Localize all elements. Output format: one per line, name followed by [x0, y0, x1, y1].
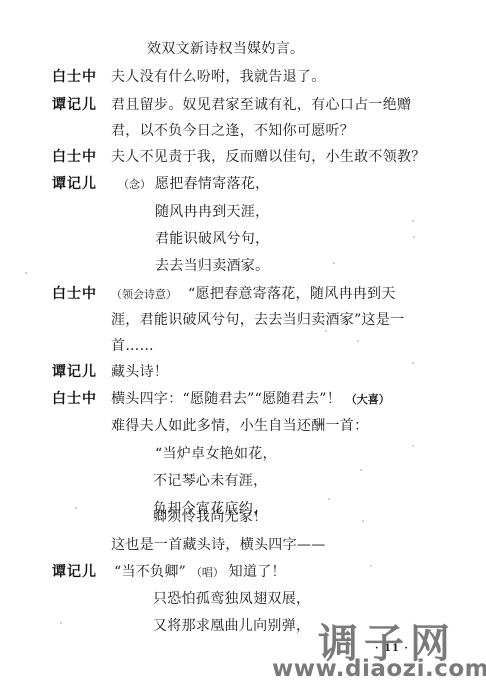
scan-speck — [75, 507, 77, 509]
dialogue-text: 难得夫人如此多情，小生自当还酬一首： — [111, 418, 368, 434]
speaker-name: 谭记儿 — [52, 363, 97, 381]
script-line: 君且留步。奴见君家至诚有礼，有心口占一绝赠 — [111, 96, 411, 114]
script-line: 君，以不负今日之逢，不知你可愿听？ — [111, 122, 354, 140]
poem-line: 去去当归卖酒家。 — [155, 258, 269, 274]
scan-speck — [25, 272, 27, 274]
dialogue-text: 涯，君能识破风兮句，去去当归卖酒家”这是一 — [111, 312, 404, 328]
scan-speck — [328, 498, 330, 500]
script-line: 君能识破风兮句， — [155, 230, 269, 248]
scan-speck — [357, 340, 359, 342]
script-line: 不记琴心未有涯， — [153, 472, 267, 490]
poem-line: 随风冉冉到天涯， — [155, 204, 269, 220]
speaker-name: 谭记儿 — [52, 563, 97, 581]
scan-speck — [333, 262, 335, 264]
script-line: 夫人不见责于我，反而赠以佳句，小生敢不领教？ — [111, 148, 426, 166]
dialogue-text: 首…… — [111, 338, 154, 354]
script-line: 效双文新诗权当媒妁言。 — [147, 40, 304, 58]
poem-line: “当炉卓女艳如花， — [155, 446, 277, 462]
script-line: 只恐怕孤鸾独凤翅双展， — [153, 590, 310, 608]
stage-direction: （领会诗意） — [111, 288, 177, 301]
script-line: 首…… — [111, 337, 154, 355]
scan-speck — [60, 622, 62, 624]
script-line: “当炉卓女艳如花， — [155, 445, 277, 463]
dialogue-text: 君且留步。奴见君家至诚有礼，有心口占一绝赠 — [111, 97, 411, 113]
watermark-url: www.diaozi.com — [272, 656, 486, 682]
speaker-name: 谭记儿 — [52, 175, 97, 193]
script-line: 难得夫人如此多情，小生自当还酬一首： — [111, 417, 368, 435]
speaker-name: 白士中 — [52, 390, 97, 408]
script-line: 藏头诗！ — [111, 363, 168, 381]
script-line: “愿把春意寄落花，随风冉冉到天 — [188, 285, 396, 303]
speaker-name: 白士中 — [52, 148, 97, 166]
scan-speck — [360, 469, 362, 471]
dialogue-text: 这也是一首藏头诗，横头四字—— — [111, 537, 326, 553]
script-line: 夫人没有什么吩咐，我就告退了。 — [111, 68, 326, 86]
sung-line: 又将那求凰曲儿向别弹， — [153, 618, 310, 634]
script-line: 随风冉冉到天涯， — [155, 203, 269, 221]
dialogue-text: 效双文新诗权当媒妁言。 — [147, 41, 304, 57]
speaker-name: 谭记儿 — [52, 96, 97, 114]
script-line: 涯，君能识破风兮句，去去当归卖酒家”这是一 — [111, 311, 404, 329]
scan-speck — [412, 445, 414, 447]
dialogue-text: 藏头诗！ — [111, 364, 168, 380]
scan-speck — [370, 565, 372, 567]
script-line: “当不负卿” （唱） 知道了！ — [114, 563, 286, 582]
dialogue-text: “当不负卿” — [114, 564, 186, 580]
dialogue-text: “愿把春意寄落花，随风冉冉到天 — [188, 286, 396, 302]
poem-line: 卿须怜我尚无家！ — [153, 509, 267, 525]
poem-line: 愿把春情寄落花， — [155, 176, 269, 192]
scan-speck — [325, 330, 327, 332]
scan-speck — [413, 236, 415, 238]
dialogue-text: 夫人不见责于我，反而赠以佳句，小生敢不领教？ — [111, 149, 426, 165]
script-line: 这也是一首藏头诗，横头四字—— — [111, 536, 326, 554]
script-line: 卿须怜我尚无家！ — [153, 508, 267, 526]
stage-direction: （念） — [118, 178, 151, 191]
sung-line: 只恐怕孤鸾独凤翅双展， — [153, 591, 310, 607]
speaker-name: 白士中 — [52, 68, 97, 86]
poem-line: 君能识破风兮句， — [155, 231, 269, 247]
script-line: 愿把春情寄落花， — [155, 175, 269, 193]
script-line: （念） — [118, 175, 151, 194]
script-line: 去去当归卖酒家。 — [155, 257, 269, 275]
dialogue-text: 君，以不负今日之逢，不知你可愿听？ — [111, 123, 354, 139]
dialogue-text: 横头四字：“愿随君去”“愿随君去”！ — [111, 391, 341, 407]
stage-direction: （唱） — [191, 566, 224, 579]
scanned-page: 效双文新诗权当媒妁言。 白士中 夫人没有什么吩咐，我就告退了。 谭记儿 君且留步… — [0, 0, 486, 690]
script-line: （领会诗意） — [111, 285, 177, 304]
stage-direction: （大喜） — [346, 393, 390, 406]
dialogue-text: 夫人没有什么吩咐，我就告退了。 — [111, 69, 326, 85]
dialogue-text: 知道了！ — [229, 564, 286, 580]
scan-speck — [412, 362, 414, 364]
script-line: 横头四字：“愿随君去”“愿随君去”！ （大喜） — [111, 390, 390, 409]
scan-speck — [362, 520, 364, 522]
scan-speck — [412, 220, 414, 222]
poem-line: 不记琴心未有涯， — [153, 473, 267, 489]
script-line: 又将那求凰曲儿向别弹， — [153, 617, 310, 635]
speaker-name: 白士中 — [52, 285, 97, 303]
